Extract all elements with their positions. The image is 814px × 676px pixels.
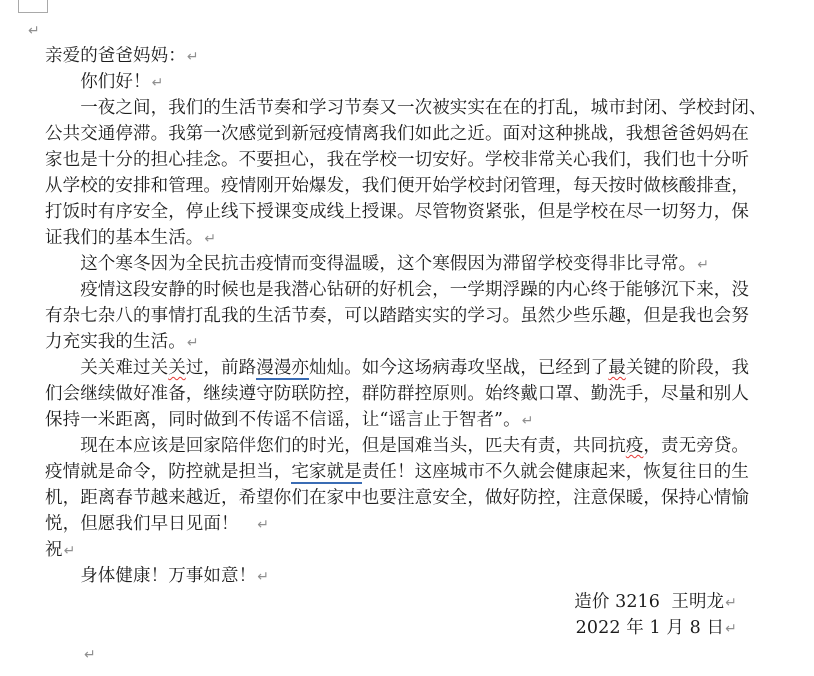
red-squiggle-text-run: 疫	[626, 436, 644, 456]
document-line: 祝↵	[0, 537, 814, 563]
document-line: 有杂七杂八的事情打乱我的生活节奏，可以踏踏实实的学习。虽然少些乐趣，但是我也会努	[0, 303, 814, 329]
paragraph-mark-icon: ↵	[63, 543, 76, 559]
paragraph-mark-icon: ↵	[724, 595, 737, 611]
document-line: ↵	[0, 641, 814, 667]
paragraph-mark-icon: ↵	[83, 647, 96, 663]
paragraph-mark-icon: ↵	[151, 75, 164, 91]
paragraph-mark-icon: ↵	[256, 517, 269, 533]
text-run: ，责无旁贷。	[643, 436, 749, 456]
paragraph-mark-icon: ↵	[186, 49, 199, 65]
paragraph-mark-icon: ↵	[203, 231, 216, 247]
text-run: 证我们的基本生活。	[45, 228, 203, 248]
document-line: 家也是十分的担心挂念。不要担心，我在学校一切安好。学校非常关心我们，我们也十分听	[0, 147, 814, 173]
text-run: 们会继续做好准备，继续遵守防联防控，群防群控原则。始终戴口罩、勤洗手，尽量和别人	[45, 384, 749, 404]
text-run: 造价 3216 王明龙	[574, 592, 724, 612]
document-line: 疫情就是命令，防控就是担当，宅家就是责任！这座城市不久就会健康起来，恢复往日的生	[0, 459, 814, 485]
red-squiggle-text-run: 关	[168, 358, 186, 378]
document-line: 亲爱的爸爸妈妈：↵	[0, 43, 814, 69]
document-line: 身体健康！万事如意！↵	[0, 563, 814, 589]
document-line: 悦，但愿我们早日见面！ ↵	[0, 511, 814, 537]
document-line: 力充实我的生活。↵	[0, 329, 814, 355]
text-run: 家也是十分的担心挂念。不要担心，我在学校一切安好。学校非常关心我们，我们也十分听	[45, 150, 749, 170]
text-run: 过，前路	[186, 358, 256, 378]
document-line: 这个寒冬因为全民抗击疫情而变得温暖，这个寒假因为滞留学校变得非比寻常。↵	[0, 251, 814, 277]
paragraph-mark-icon: ↵	[696, 257, 709, 273]
document-line: 关关难过关关过，前路漫漫亦灿灿。如今这场病毒攻坚战，已经到了最关键的阶段，我	[0, 355, 814, 381]
paragraph-mark-icon: ↵	[27, 23, 40, 39]
document-line: 一夜之间，我们的生活节奏和学习节奏又一次被实实在在的打乱，城市封闭、学校封闭、	[0, 95, 814, 121]
paragraph-mark-icon: ↵	[256, 569, 269, 585]
blue-underline-text-run: 漫漫亦	[256, 358, 309, 380]
document-line: 2022 年 1 月 8 日↵	[0, 615, 814, 641]
document-line: 打饭时有序安全，停止线下授课变成线上授课。尽管物资紧张，但是学校在尽一切努力，保	[0, 199, 814, 225]
text-run: 现在本应该是回家陪伴您们的时光，但是国难当头，匹夫有责，共同抗	[45, 436, 626, 456]
text-run: 公共交通停滞。我第一次感觉到新冠疫情离我们如此之近。面对这种挑战，我想爸爸妈妈在	[45, 124, 749, 144]
blue-underline-text-run: 宅家就是	[291, 462, 361, 484]
text-run: 责任！这座城市不久就会健康起来，恢复往日的生	[362, 462, 749, 482]
text-run: 关关难过关	[45, 358, 168, 378]
paragraph-mark-icon: ↵	[186, 335, 199, 351]
document-line: 证我们的基本生活。↵	[0, 225, 814, 251]
document-line: 你们好！↵	[0, 69, 814, 95]
text-run: 这个寒冬因为全民抗击疫情而变得温暖，这个寒假因为滞留学校变得非比寻常。	[45, 254, 696, 274]
text-run: 2022 年 1 月 8 日	[576, 618, 725, 638]
text-run: 打饭时有序安全，停止线下授课变成线上授课。尽管物资紧张，但是学校在尽一切努力，保	[45, 202, 749, 222]
document-line: 现在本应该是回家陪伴您们的时光，但是国难当头，匹夫有责，共同抗疫，责无旁贷。	[0, 433, 814, 459]
document-line: ↵	[0, 17, 814, 43]
text-run: 疫情这段安静的时候也是我潜心钻研的好机会，一学期浮躁的内心终于能够沉下来，没	[45, 280, 749, 300]
document-line: 疫情这段安静的时候也是我潜心钻研的好机会，一学期浮躁的内心终于能够沉下来，没	[0, 277, 814, 303]
text-run: 有杂七杂八的事情打乱我的生活节奏，可以踏踏实实的学习。虽然少些乐趣，但是我也会努	[45, 306, 749, 326]
text-run: 亲爱的爸爸妈妈：	[45, 46, 186, 66]
text-run: 身体健康！万事如意！	[45, 566, 256, 586]
text-run: 灿灿。如今这场病毒攻坚战，已经到了	[309, 358, 608, 378]
text-run: 疫情就是命令，防控就是担当，	[45, 462, 291, 482]
text-run: 悦，但愿我们早日见面！	[45, 514, 256, 534]
text-run: 保持一米距离，同时做到不传谣不信谣，让“谣言止于智者”。	[45, 410, 521, 430]
document-line: 从学校的安排和管理。疫情刚开始爆发，我们便开始学校封闭管理，每天按时做核酸排查，	[0, 173, 814, 199]
document-line: 机，距离春节越来越近，希望你们在家中也要注意安全，做好防控，注意保暖，保持心情愉	[0, 485, 814, 511]
document-line: 公共交通停滞。我第一次感觉到新冠疫情离我们如此之近。面对这种挑战，我想爸爸妈妈在	[0, 121, 814, 147]
document-line: 保持一米距离，同时做到不传谣不信谣，让“谣言止于智者”。↵	[0, 407, 814, 433]
text-run: 从学校的安排和管理。疫情刚开始爆发，我们便开始学校封闭管理，每天按时做核酸排查，	[45, 176, 749, 196]
red-squiggle-text-run: 最	[608, 358, 626, 378]
paragraph-mark-icon: ↵	[521, 413, 534, 429]
paragraph-mark-icon: ↵	[724, 621, 737, 637]
text-run: 关键的阶段，我	[626, 358, 749, 378]
document-line: 们会继续做好准备，继续遵守防联防控，群防群控原则。始终戴口罩、勤洗手，尽量和别人	[0, 381, 814, 407]
text-run: 你们好！	[45, 72, 151, 92]
text-run: 一夜之间，我们的生活节奏和学习节奏又一次被实实在在的打乱，城市封闭、学校封闭、	[45, 98, 767, 118]
text-run: 力充实我的生活。	[45, 332, 186, 352]
text-run: 祝	[45, 540, 63, 560]
text-run: 机，距离春节越来越近，希望你们在家中也要注意安全，做好防控，注意保暖，保持心情愉	[45, 488, 749, 508]
document-page[interactable]: ↵亲爱的爸爸妈妈：↵ 你们好！↵ 一夜之间，我们的生活节奏和学习节奏又一次被实实…	[0, 0, 814, 676]
document-line: 造价 3216 王明龙↵	[0, 589, 814, 615]
